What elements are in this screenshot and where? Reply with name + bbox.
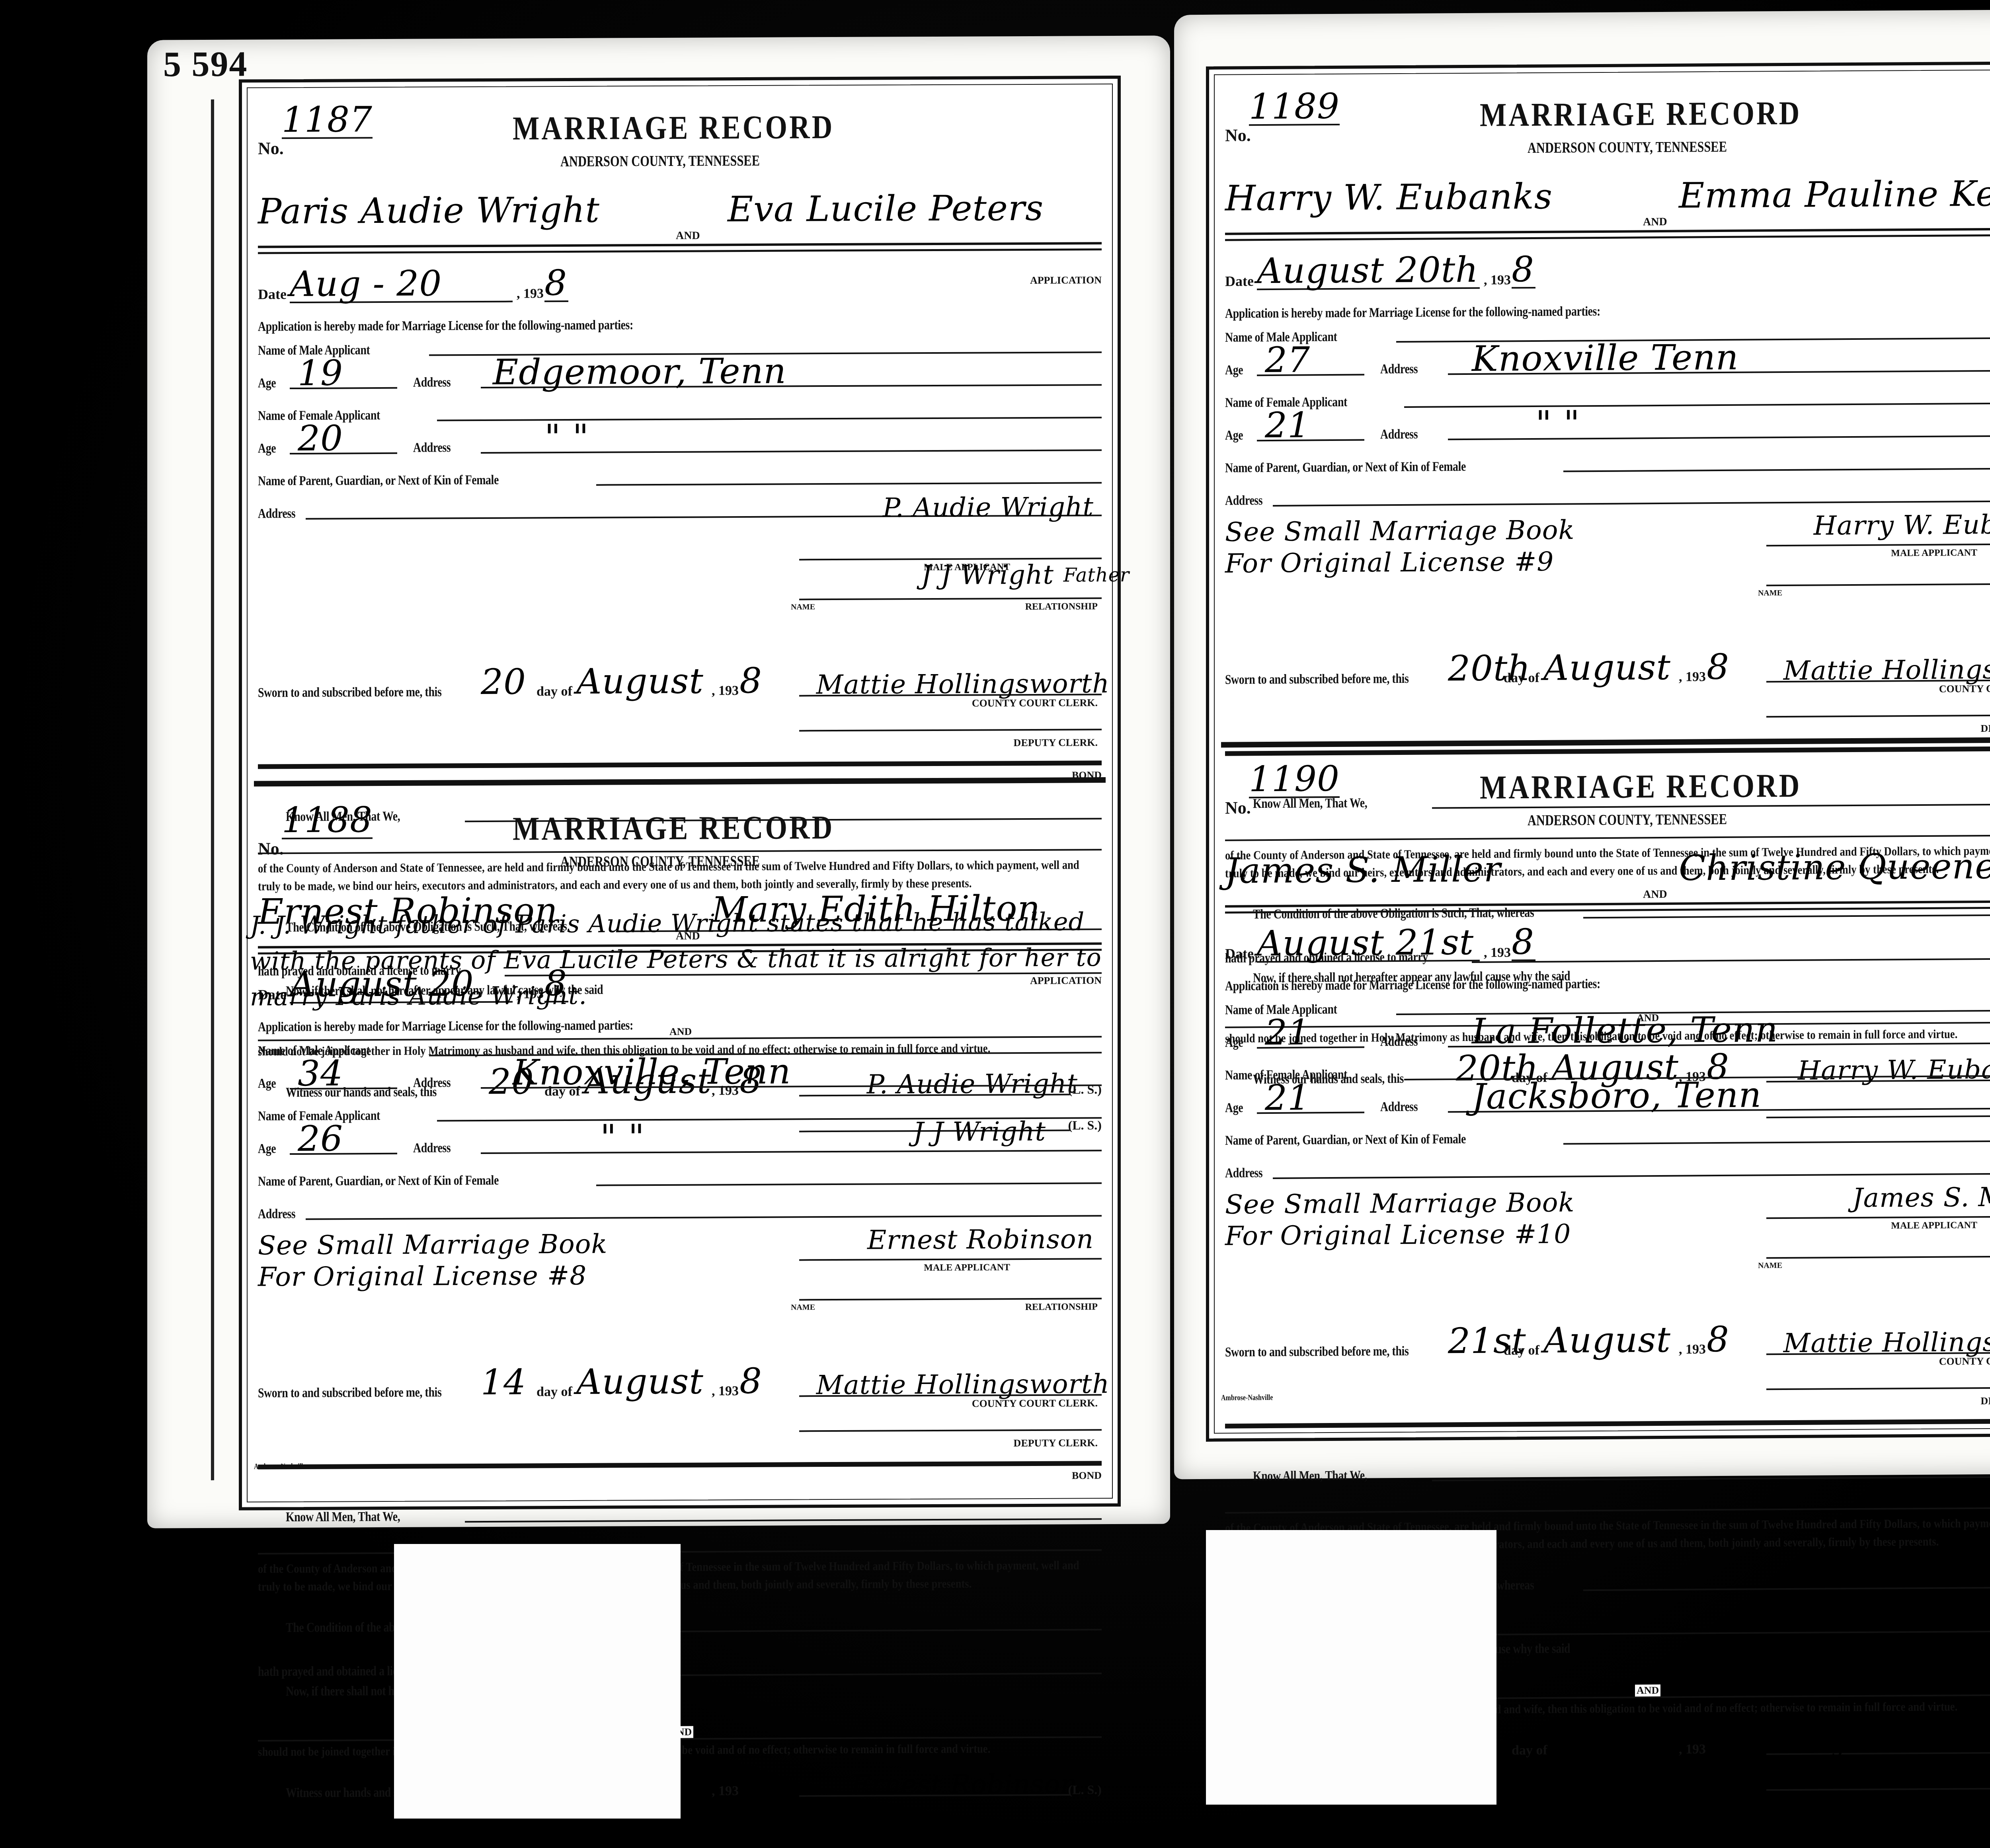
sworn-month: August [1543, 650, 1671, 686]
sworn-label: Sworn to and subscribed before me, this [1225, 1344, 1409, 1360]
year-digit: 8 [1512, 252, 1535, 289]
printer-mark: Ambrose-Nashville [254, 1462, 306, 1472]
parent-address-label: Address [258, 1207, 295, 1222]
witness-year-digit: 8 [1707, 1722, 1729, 1757]
note-line-2: For Original License #10 [1225, 1219, 1571, 1251]
male-address-label: Address [413, 375, 451, 390]
application-intro: Application is hereby made for Marriage … [258, 318, 633, 333]
record-title: MARRIAGE RECORD [513, 108, 834, 148]
sworn-month: August [576, 1364, 704, 1400]
witness-year-digit: 8 [739, 1764, 762, 1799]
parent-guardian-label: Name of Parent, Guardian, or Next of Kin… [258, 1173, 499, 1189]
note-line-1: See Small Marriage Book [1225, 515, 1574, 547]
day-of-label: day of [1512, 1743, 1547, 1758]
day-of-label: day of [537, 684, 572, 699]
female-age: 21 [1265, 1080, 1310, 1115]
sworn-day: 20 [481, 664, 526, 699]
female-address-label: Address [413, 1140, 451, 1156]
sworn-year-digit: 8 [739, 663, 762, 698]
female-age-label: Age [258, 1141, 276, 1156]
parent-address-label: Address [258, 506, 295, 521]
male-age-label: Age [258, 376, 276, 391]
county-heading: ANDERSON COUNTY, TENNESSEE [560, 152, 760, 170]
form-frame-right: No. 1189 MARRIAGE RECORD ANDERSON COUNTY… [1206, 61, 1990, 1442]
application-intro: Application is hereby made for Marriage … [1225, 305, 1600, 321]
male-applicant-label: MALE APPLICANT [1891, 1220, 1977, 1231]
record-number-label: No. [258, 138, 284, 158]
male-name: Harry W. Eubanks [1225, 179, 1553, 216]
male-age-label: Age [258, 1076, 276, 1091]
sworn-year-prefix: , 193 [712, 1384, 739, 1399]
sworn-year-digit: 8 [1707, 1322, 1729, 1357]
and-label: AND [1643, 888, 1667, 901]
application-tag: APPLICATION [1030, 274, 1102, 287]
sworn-month: August [576, 664, 704, 699]
form-frame-left: No. 1187 MARRIAGE RECORD ANDERSON COUNTY… [239, 76, 1121, 1511]
original-license-note: See Small Marriage BookFor Original Lice… [1225, 514, 1574, 579]
day-of-label: day of [537, 1384, 572, 1400]
parent-guardian-label: Name of Parent, Guardian, or Next of Kin… [258, 473, 499, 489]
date-label: Date [258, 286, 287, 302]
year-digit: 8 [1512, 924, 1535, 961]
deputy-clerk-label: DEPUTY CLERK. [1981, 722, 1990, 735]
witness-year-prefix: , 193 [712, 1784, 739, 1799]
witness-year-prefix: , 193 [1679, 1742, 1706, 1757]
female-age-label: Age [1225, 428, 1243, 443]
relationship-label: RELATIONSHIP [1025, 601, 1098, 612]
male-address-label: Address [1380, 362, 1418, 377]
parent-address-label: Address [1225, 1166, 1262, 1181]
sworn-year-digit: 8 [739, 1364, 762, 1399]
male-name: James S. Miller [1225, 852, 1501, 888]
county-heading: ANDERSON COUNTY, TENNESSEE [560, 852, 760, 871]
clerk-signature: Mattie Hollingsworth [1783, 1329, 1990, 1357]
female-age-label: Age [1225, 1100, 1243, 1115]
year-prefix: , 193 [517, 286, 544, 301]
application-date: Aug - 20 [290, 266, 513, 303]
male-applicant-signature: Ernest Robinson [867, 1226, 1094, 1253]
bond-tag: BOND [258, 1470, 1102, 1485]
female-address: " " [600, 1120, 645, 1155]
county-heading: ANDERSON COUNTY, TENNESSEE [1528, 811, 1727, 829]
application-intro: Application is hereby made for Marriage … [258, 1019, 633, 1034]
note-line-2: For Original License #9 [1225, 546, 1554, 579]
female-address: " " [1535, 406, 1580, 441]
relationship-label: RELATIONSHIP [1025, 1302, 1098, 1313]
bond-tag: BOND [1225, 1427, 1990, 1444]
female-address: " " [544, 420, 589, 455]
male-age: 21 [1265, 1015, 1310, 1050]
note-line-1: See Small Marriage Book [258, 1229, 607, 1261]
record-title: MARRIAGE RECORD [1480, 94, 1801, 135]
note-line-2: For Original License #8 [258, 1260, 587, 1292]
parent-guardian-label: Name of Parent, Guardian, or Next of Kin… [1225, 1132, 1466, 1148]
female-name: Emma Pauline Kelley [1679, 176, 1990, 213]
record-title: MARRIAGE RECORD [1480, 766, 1801, 807]
female-age-label: Age [258, 441, 276, 456]
male-address: La Follette, Tenn [1472, 1012, 1778, 1049]
printer-mark: Ambrose-Nashville [1221, 1393, 1273, 1403]
male-applicant-signature: James S. Miller [1852, 1184, 1990, 1211]
female-age: 20 [298, 421, 343, 456]
day-of-label: day of [1504, 1343, 1539, 1359]
page-number-left: 5 594 [163, 44, 248, 85]
male-address-label: Address [413, 1075, 451, 1090]
record-number-label: No. [1225, 125, 1251, 145]
male-age: 27 [1265, 342, 1310, 378]
male-age: 19 [298, 355, 343, 390]
female-age: 26 [298, 1121, 343, 1156]
day-of-label: day of [1504, 671, 1539, 686]
name-label: NAME [1758, 589, 1782, 598]
record-number: 1188 [282, 802, 373, 839]
deputy-clerk-label: DEPUTY CLERK. [1014, 1437, 1098, 1449]
date-label: Date [1225, 273, 1254, 289]
male-age: 34 [298, 1056, 343, 1091]
male-applicant-label: MALE APPLICANT [1891, 548, 1977, 559]
male-age-label: Age [1225, 1035, 1243, 1050]
note-line-1: See Small Marriage Book [1225, 1187, 1574, 1220]
sworn-year-prefix: , 193 [712, 683, 739, 698]
female-name: Christine Queener [1679, 849, 1990, 886]
date-label: Date [1225, 945, 1254, 962]
sworn-label: Sworn to and subscribed before me, this [258, 684, 441, 700]
relationship-signature: J J Wright [921, 562, 1054, 589]
name-label: NAME [1758, 1261, 1782, 1270]
female-address-label: Address [413, 440, 451, 455]
sworn-year-prefix: , 193 [1679, 1342, 1706, 1357]
female-age: 21 [1265, 407, 1310, 443]
record-number: 1189 [1249, 89, 1340, 126]
marriage-record-1187: No. 1187 MARRIAGE RECORD ANDERSON COUNTY… [258, 91, 1102, 1136]
male-applicant-signature: Harry W. Eubanks [1814, 511, 1990, 539]
blank-card-left [394, 1544, 681, 1819]
bond-tag: BOND [258, 769, 1102, 785]
margin-mark: 5 [163, 45, 182, 84]
name-label: NAME [791, 602, 815, 612]
male-address-label: Address [1380, 1034, 1418, 1050]
witness-month: August [1551, 1722, 1679, 1758]
female-address-label: Address [1380, 427, 1418, 443]
margin-rule [211, 99, 214, 1480]
male-age-label: Age [1225, 363, 1243, 378]
application-date: August 21st [1257, 925, 1480, 963]
year-prefix: , 193 [1484, 945, 1511, 960]
male-applicant-signature: P. Audie Wright [883, 494, 1094, 521]
deputy-clerk-label: DEPUTY CLERK. [1981, 1395, 1990, 1407]
know-all-men-label: Know All Men, That We, [286, 1509, 400, 1525]
parent-address-label: Address [1225, 493, 1262, 509]
sworn-day: 14 [481, 1365, 526, 1400]
and-label: AND [1643, 216, 1667, 228]
record-number-label: No. [258, 838, 284, 859]
witness-signature-1: Ernest Robinson [851, 1771, 1078, 1798]
male-address: Knoxville, Tenn [513, 1054, 791, 1090]
ls-label: (L. S.) [1068, 1782, 1102, 1797]
clerk-signature: Mattie Hollingsworth [1783, 656, 1990, 684]
original-license-note: See Small Marriage BookFor Original Lice… [258, 1228, 607, 1293]
clerk-signature: Mattie Hollingsworth [816, 671, 1110, 698]
male-address: Edgemoor, Tenn [493, 354, 786, 390]
female-address-label: Address [1380, 1099, 1418, 1115]
record-number: 1187 [282, 102, 373, 139]
deputy-clerk-label: DEPUTY CLERK. [1014, 737, 1098, 749]
application-intro: Application is hereby made for Marriage … [1225, 977, 1600, 993]
year-prefix: , 193 [1484, 273, 1511, 288]
name-label: NAME [791, 1303, 815, 1312]
clerk-signature: Mattie Hollingsworth [816, 1371, 1110, 1398]
and-label: AND [1635, 1684, 1660, 1696]
and-label: AND [676, 230, 700, 242]
record-title: MARRIAGE RECORD [513, 808, 834, 848]
male-name: Paris Audie Wright [258, 193, 600, 229]
male-applicant-label: MALE APPLICANT [924, 1262, 1010, 1273]
sworn-month: August [1543, 1322, 1671, 1358]
sworn-label: Sworn to and subscribed before me, this [1225, 671, 1409, 688]
sworn-label: Sworn to and subscribed before me, this [258, 1385, 441, 1401]
witness-signature-1: James S. Miller [1836, 1729, 1990, 1756]
application-date: August 20th [1257, 252, 1480, 290]
parent-guardian-label: Name of Parent, Guardian, or Next of Kin… [1225, 459, 1466, 476]
know-all-men-label: Know All Men, That We, [1253, 1468, 1367, 1484]
relationship-value: Father [1063, 565, 1130, 585]
male-address: Knoxville Tenn [1472, 340, 1739, 376]
right-page: 595 No. 1189 MARRIAGE RECORD ANDERSON CO… [1174, 9, 1990, 1480]
year-digit: 8 [544, 265, 568, 302]
county-heading: ANDERSON COUNTY, TENNESSEE [1528, 138, 1727, 157]
original-license-note: See Small Marriage BookFor Original Lice… [1225, 1187, 1574, 1252]
female-address: Jacksboro, Tenn [1472, 1077, 1762, 1114]
left-page: 5 594 No. 1187 MARRIAGE RECORD ANDERSON … [147, 35, 1170, 1528]
record-number: 1190 [1249, 761, 1340, 798]
sworn-year-prefix: , 193 [1679, 669, 1706, 684]
female-name: Eva Lucile Peters [728, 191, 1044, 227]
blank-card-right [1206, 1530, 1496, 1805]
sworn-year-digit: 8 [1707, 649, 1729, 684]
condition-annotation: J. J. Wright father of Paris Audie Wrigh… [250, 904, 1106, 1015]
record-number-label: No. [1225, 797, 1251, 818]
